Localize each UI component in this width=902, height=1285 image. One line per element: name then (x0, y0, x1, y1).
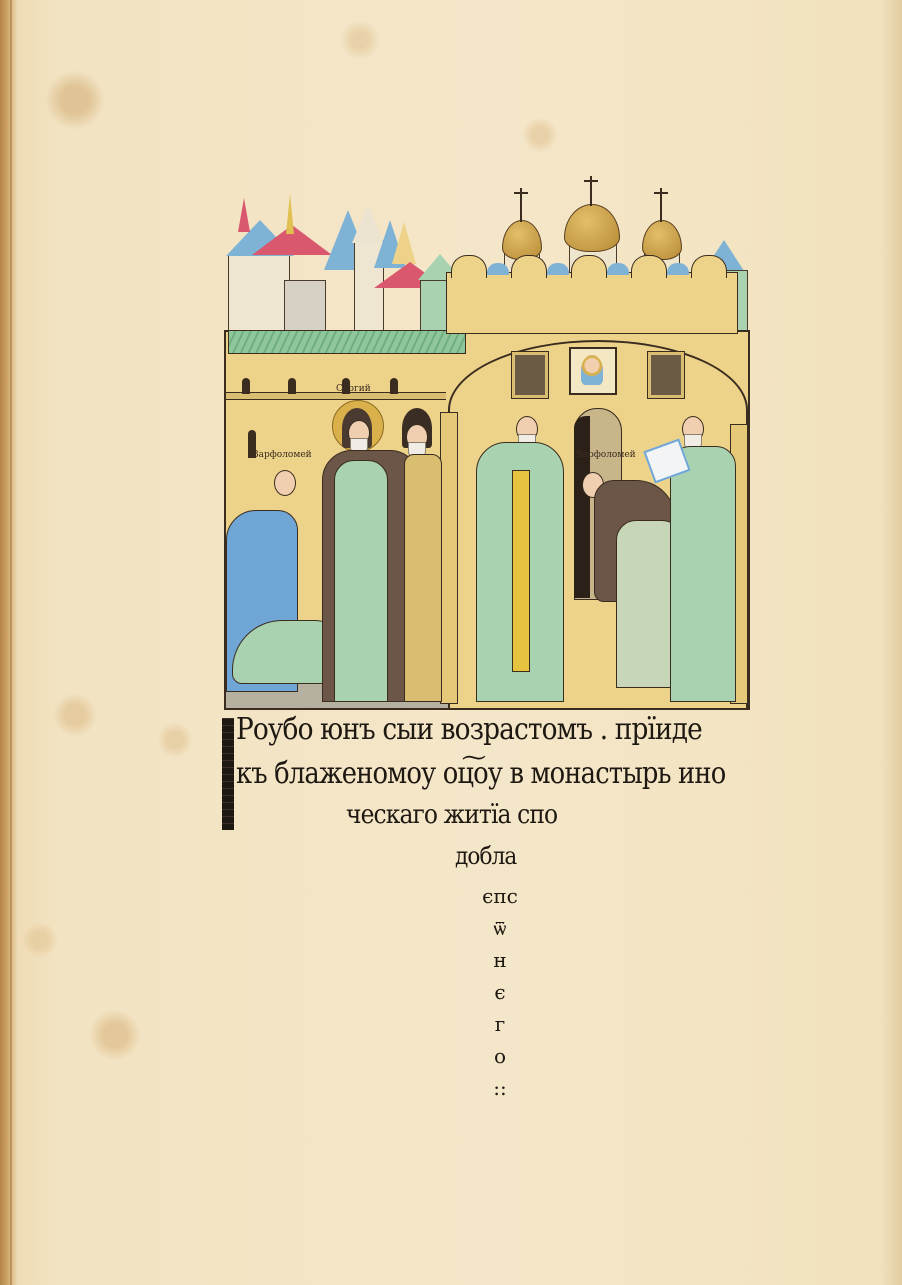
gate-wall (446, 272, 738, 334)
miniature-illustration: Варфоломей Сергий Варфоломей (224, 180, 748, 706)
merlon (631, 255, 667, 278)
merlon (511, 255, 547, 278)
gate-window-left (512, 352, 548, 398)
wall-window (288, 378, 296, 394)
figure-label-left: Варфоломей (252, 450, 312, 460)
building-left (228, 255, 290, 332)
decorated-initial (222, 718, 234, 830)
tail-char: ѿ (480, 912, 520, 944)
icon-of-christ (569, 347, 617, 395)
merlon-gap (607, 263, 629, 275)
figure-label-saint: Сергий (336, 384, 371, 394)
column-left (440, 412, 458, 704)
merlon (691, 255, 727, 278)
building-grey (284, 280, 326, 332)
merlon-gap (487, 263, 509, 275)
gate-window-right (648, 352, 684, 398)
green-tiled-roof (228, 330, 466, 354)
cross-right (660, 188, 662, 222)
merlon-gap (547, 263, 569, 275)
merlon-gap (667, 263, 689, 275)
manuscript-page: Варфоломей Сергий Варфоломей (0, 0, 902, 1285)
dome-center (564, 204, 620, 252)
cross-left (520, 188, 522, 222)
tail-char: :: (480, 1072, 520, 1104)
figure-label-right: Варфоломей (576, 450, 636, 460)
tail-char: г (480, 1008, 520, 1040)
tail-char: єпс (480, 880, 520, 912)
merlon (451, 255, 487, 278)
spire-red (238, 198, 250, 232)
spire-gold (286, 194, 294, 234)
binding-edge (10, 0, 12, 1285)
christ-face (581, 355, 603, 385)
merlon (571, 255, 607, 278)
roof-yellow (392, 222, 416, 264)
tail-char: є (480, 976, 520, 1008)
text-line-3: ческаго житїа спо (346, 800, 557, 830)
dome-right (642, 220, 682, 260)
doorway-shadow (574, 416, 590, 598)
text-line-1: Роубо юнъ сыи возрастомъ . прїиде (236, 712, 702, 747)
tail-char: о (480, 1040, 520, 1072)
text-line-4: добла (455, 842, 516, 870)
vertical-text-tail: єпс ѿ н є г о :: (480, 880, 520, 1104)
wall-window (390, 378, 398, 394)
wall-window (242, 378, 250, 394)
dome-left (502, 220, 542, 260)
text-line-2: къ блаженомоу оц͠оу в монастырь ино (236, 756, 725, 791)
tail-char: н (480, 944, 520, 976)
cross-center (590, 176, 592, 206)
